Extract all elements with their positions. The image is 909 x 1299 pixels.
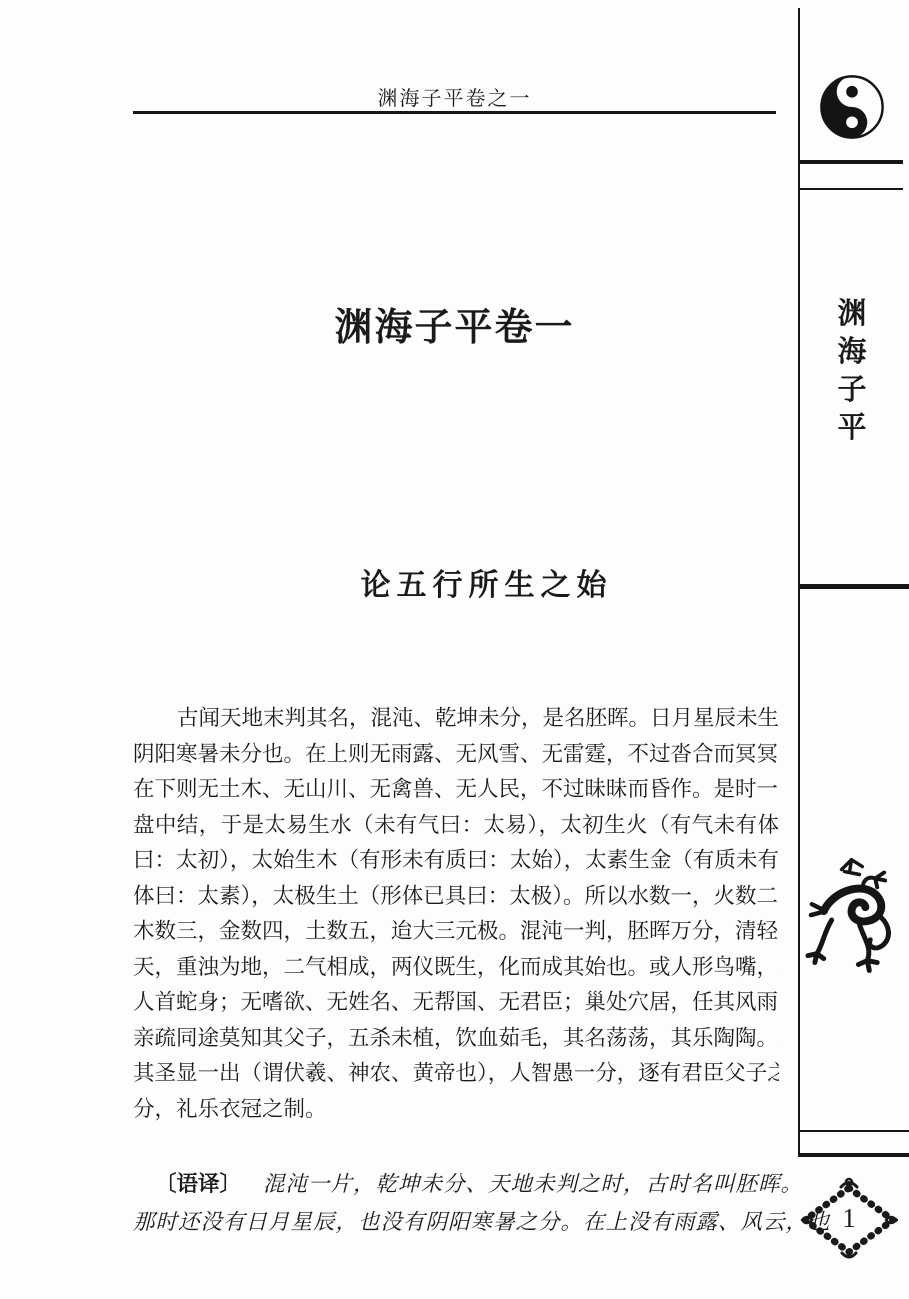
body-line: 在下则无土木、无山川、无禽兽、无人民，不过昧昧而昏作。是时一气 xyxy=(133,772,779,808)
body-line: 分，礼乐衣冠之制。 xyxy=(133,1092,779,1128)
sidebar-vertical-rule xyxy=(798,8,800,1157)
body-line: 其圣显一出（谓伏羲、神农、黄帝也），人智愚一分，逐有君臣父子之 xyxy=(133,1056,779,1092)
sidebar-rule-top-thin xyxy=(800,188,903,190)
sidebar-rule-bottom-thin xyxy=(800,1130,909,1132)
sidebar-title-char: 海 xyxy=(837,338,866,367)
translation-label: 〔语译〕 xyxy=(155,1172,241,1196)
translation-line: 〔语译〕混沌一片，乾坤未分、天地未判之时，古时名叫胚晖。 xyxy=(133,1165,779,1203)
body-line: 盘中结，于是太易生水（未有气曰：太易），太初生火（有气未有体 xyxy=(133,808,779,844)
body-line: 天，重浊为地，二气相成，两仪既生，化而成其始也。或人形鸟嘴，或 xyxy=(133,950,779,986)
header-divider xyxy=(133,111,776,114)
scanned-book-page: 渊海子平卷之一 渊海子平卷一 论五行所生之始 古闻天地末判其名，混沌、乾坤未分，… xyxy=(0,0,909,1299)
section-title: 论五行所生之始 xyxy=(165,560,808,604)
translation-line: 那时还没有日月星辰，也没有阴阳寒暑之分。在上没有雨露、风云，也 xyxy=(133,1203,779,1241)
sidebar-title-char: 渊 xyxy=(837,300,866,329)
sidebar-rule-top-thick xyxy=(800,160,903,164)
sidebar-book-title: 渊 海 子 平 xyxy=(824,300,880,443)
body-line: 体曰：太素），太极生土（形体已具曰：太极）。所以水数一，火数二， xyxy=(133,879,779,915)
body-line: 人首蛇身；无嗜欲、无姓名、无帮国、无君臣；巢处穴居，任其风雨， xyxy=(133,985,779,1021)
chapter-title: 渊海子平卷一 xyxy=(133,296,776,351)
body-line: 阴阳寒暑未分也。在上则无雨露、无风雪、无雷霆，不过沓合而冥冥。 xyxy=(133,737,779,773)
body-line: 亲疏同途莫知其父子，五杀未植，饮血茹毛，其名荡荡，其乐陶陶。及 xyxy=(133,1021,779,1057)
body-line: 曰：太初），太始生木（有形未有质曰：太始），太素生金（有质未有 xyxy=(133,843,779,879)
body-line: 木数三，金数四，土数五，迨大三元极。混沌一判，胚晖万分，清轻为 xyxy=(133,914,779,950)
page-number: 1 xyxy=(800,1203,898,1234)
body-paragraph: 古闻天地末判其名，混沌、乾坤未分，是名胚晖。日月星辰未生， 阴阳寒暑未分也。在上… xyxy=(133,701,779,1127)
sidebar-rule-bottom-thick xyxy=(800,1153,909,1157)
dragon-ornament-icon xyxy=(802,853,896,991)
sidebar-rule-middle xyxy=(800,584,909,589)
yin-yang-icon xyxy=(818,72,886,142)
translation-paragraph: 〔语译〕混沌一片，乾坤未分、天地未判之时，古时名叫胚晖。 那时还没有日月星辰，也… xyxy=(133,1165,779,1241)
sidebar-title-char: 子 xyxy=(837,376,866,405)
translation-text: 混沌一片，乾坤未分、天地未判之时，古时名叫胚晖。 xyxy=(263,1172,803,1196)
sidebar-title-char: 平 xyxy=(837,414,866,443)
body-line: 古闻天地末判其名，混沌、乾坤未分，是名胚晖。日月星辰未生， xyxy=(133,701,779,737)
running-header: 渊海子平卷之一 xyxy=(133,82,776,111)
